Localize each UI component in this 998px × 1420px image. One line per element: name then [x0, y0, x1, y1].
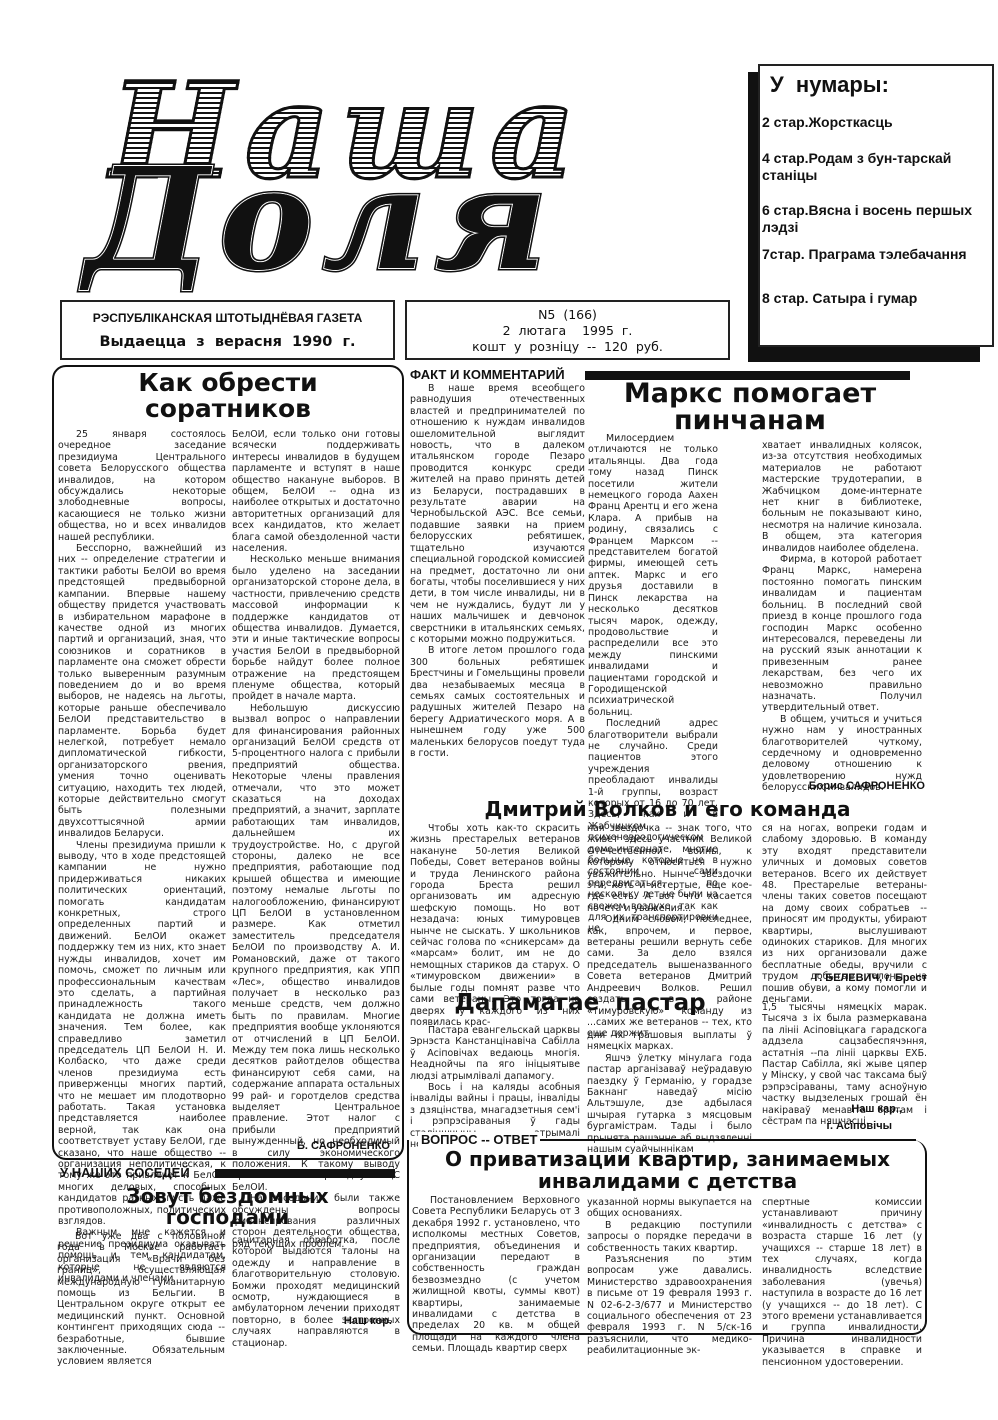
paragraph: В наше время всеобщего равнодушия отечес… [410, 383, 585, 645]
article-headline: Зовут бездомных [55, 1185, 400, 1207]
paragraph: для іх грашовыя выплаты ў нямецкіх марка… [587, 1030, 752, 1053]
article-soratniki: Как обрести соратников 25 января состоял… [52, 365, 404, 1160]
article-headline: О приватизации квартир, занимаемых [410, 1148, 925, 1170]
paragraph: указанной нормы выкупается на общих осно… [587, 1197, 752, 1220]
paragraph: БелОИ, если только они готовы всячески п… [232, 429, 400, 554]
article-headline: Как обрести [54, 369, 402, 396]
article-marx-column: хватает инвалидных колясок, из-за отсутс… [762, 440, 922, 794]
paragraph: ная звездочка -- знак того, что живет зд… [587, 823, 752, 914]
publication-info-box: РЭСПУБЛІКАНСКАЯ ШТОТЫДНЁВАЯ ГАЗЕТА Выдае… [60, 300, 395, 360]
masthead-title-bottom: Доля [85, 145, 557, 295]
paragraph: санитарная обработка, после которой выда… [232, 1235, 400, 1349]
paragraph: Одним словом, последнее, как, впрочем, и… [587, 914, 752, 1039]
contents-title: У нумары: [770, 72, 889, 98]
article-headline: Дмитрий Волков и его команда [410, 798, 925, 820]
article-signature: г. Асіповічы [762, 1120, 892, 1132]
paragraph: В итоге летом прошлого года 300 больных … [410, 645, 585, 759]
paragraph: Бесспорно, важнейший из них -- определен… [58, 543, 226, 840]
paragraph: В редакцию поступили запросы о порядке п… [587, 1220, 752, 1254]
issue-number: N5 (166) [407, 307, 728, 323]
paragraph: Небольшую дискуссию вызвал вопрос о напр… [232, 703, 400, 1193]
article-headline: инвалидами с детства [410, 1170, 925, 1192]
rubric-bar [215, 1169, 395, 1178]
issue-info-box: N5 (166) 2 лютага 1995 г. кошт у розніцу… [405, 300, 730, 360]
publication-since: Выдаецца з верасня 1990 г. [62, 334, 393, 350]
rubric-line [540, 1139, 916, 1141]
paragraph: Вот уже два с половиной года в Москве ра… [57, 1231, 225, 1368]
paragraph: хватает инвалидных колясок, из-за отсутс… [762, 440, 922, 554]
paragraph: спертные комиссии устанавливают причину … [762, 1197, 922, 1368]
article-signature: Наш кор. [232, 1315, 392, 1327]
article-headline: пинчанам [590, 407, 910, 435]
paragraph: Фирма, в которой работает Франц Маркс, н… [762, 554, 922, 714]
issue-date: 2 лютага 1995 г. [407, 323, 728, 339]
rubric-qa: ВОПРОС -- ОТВЕТ [418, 1132, 540, 1147]
paragraph: Несколько меньше внимания было уделено н… [232, 554, 400, 702]
contents-item[interactable]: 7стар. Праграма тэлебачання [762, 246, 990, 290]
article-column: 25 января состоялось очередное заседание… [58, 429, 226, 1284]
contents-item[interactable]: 2 стар.Жорсткасць [762, 114, 990, 150]
article-qa-column: спертные комиссии устанавливают причину … [762, 1197, 922, 1368]
contents-item[interactable]: 4 стар.Родам з бун-тарскай станіцы [762, 150, 990, 202]
article-column: БелОИ, если только они готовы всячески п… [232, 429, 400, 1250]
rubric-neighbors: У НАШИХ СОСЕДЕЙ [60, 1165, 190, 1180]
article-headline: Маркс помогает [590, 380, 910, 408]
paragraph: 25 января состоялось очередное заседание… [58, 429, 226, 543]
article-fact-column: В наше время всеобщего равнодушия отечес… [410, 383, 585, 759]
article-signature: Г. БЕЛЕВИЧ, г. Брест [762, 972, 927, 984]
contents-item[interactable]: 6 стар.Вясна і восень першых лэдзі [762, 202, 990, 246]
article-signature: Наш кар., [762, 1103, 902, 1115]
publication-subtitle: РЭСПУБЛІКАНСКАЯ ШТОТЫДНЁВАЯ ГАЗЕТА [62, 311, 393, 325]
paragraph: Милосердием отличаются не только итальян… [588, 433, 718, 718]
article-signature: Борис САФРОНЕНКО [800, 780, 925, 792]
issue-price: кошт у розніцу -- 120 руб. [407, 339, 728, 355]
contents-item[interactable]: 8 стар. Сатыра і гумар [762, 290, 990, 330]
article-neighbors-column: Вот уже два с половиной года в Москве ра… [57, 1231, 225, 1368]
article-signature: Б. САФРОНЕНКО [297, 1140, 390, 1152]
article-headline: соратников [54, 395, 402, 422]
article-headline: Дапамагае пастар [410, 990, 750, 1016]
paragraph: Пастара евангельскай царквы Эрнэста Канс… [410, 1025, 580, 1082]
rubric-fact-comment: ФАКТ И КОММЕНТАРИЙ [410, 367, 565, 382]
article-headline: господами [55, 1206, 400, 1228]
paragraph: Разъяснения по этим вопросам уже давалис… [587, 1254, 752, 1357]
article-pastar-column: для іх грашовыя выплаты ў нямецкіх марка… [587, 1030, 752, 1155]
contents-box: У нумары: 2 стар.Жорсткасць 4 стар.Родам… [758, 64, 994, 347]
article-qa-column: указанной нормы выкупается на общих осно… [587, 1197, 752, 1357]
article-qa-column: Постановлением Верховного Совета Республ… [412, 1195, 580, 1355]
article-neighbors-column: санитарная обработка, после которой выда… [232, 1235, 400, 1349]
paragraph: Постановлением Верховного Совета Республ… [412, 1195, 580, 1355]
